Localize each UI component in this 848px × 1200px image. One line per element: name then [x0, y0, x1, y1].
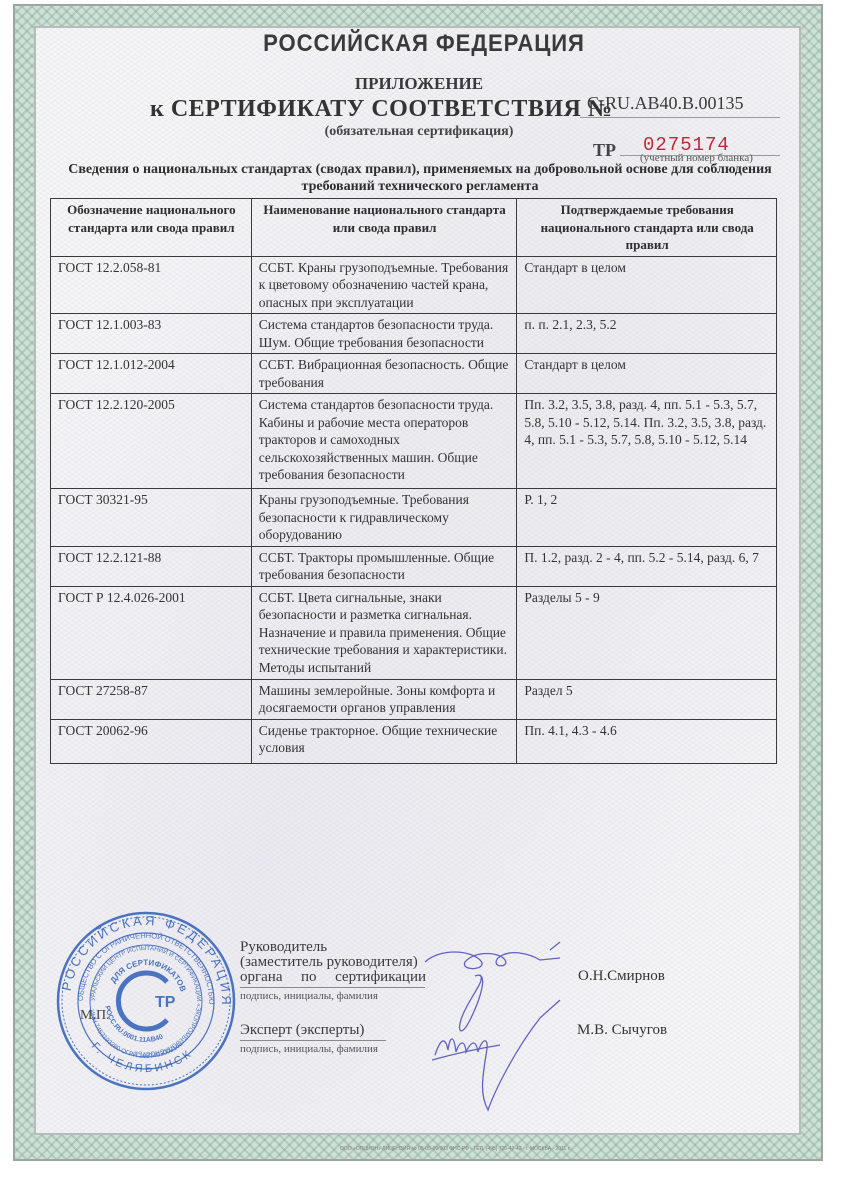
tp-label: ТР — [593, 140, 616, 161]
standard-designation: ГОСТ 30321-95 — [51, 489, 252, 547]
confirmed-requirements: Стандарт в целом — [517, 354, 777, 394]
standard-designation: ГОСТ 20062-96 — [51, 719, 252, 763]
confirmed-requirements: Пп. 3.2, 3.5, 3.8, разд. 4, пп. 5.1 - 5.… — [517, 394, 777, 489]
confirmed-requirements: Стандарт в целом — [517, 256, 777, 314]
expert-signature-line — [240, 1040, 386, 1041]
standard-name: ССБТ. Вибрационная безопасность. Общие т… — [251, 354, 517, 394]
confirmed-requirements: П. 1.2, разд. 2 - 4, пп. 5.2 - 5.14, раз… — [517, 546, 777, 586]
standard-designation: ГОСТ 27258-87 — [51, 679, 252, 719]
table-row: ГОСТ Р 12.4.026-2001ССБТ. Цвета сигнальн… — [51, 586, 777, 679]
table-row: ГОСТ 27258-87Машины землеройные. Зоны ко… — [51, 679, 777, 719]
standard-designation: ГОСТ 12.2.058-81 — [51, 256, 252, 314]
column-header-requirements: Подтверждаемые требования национального … — [517, 199, 777, 257]
standard-designation: ГОСТ 12.2.121-88 — [51, 546, 252, 586]
table-row: ГОСТ 12.1.012-2004ССБТ. Вибрационная без… — [51, 354, 777, 394]
head-title-line3: органа по сертификации — [240, 970, 426, 985]
head-title-line1: Руководитель — [240, 939, 327, 955]
confirmed-requirements: Пп. 4.1, 4.3 - 4.6 — [517, 719, 777, 763]
standards-table: Обозначение национального стандарта или … — [50, 198, 777, 764]
standard-designation: ГОСТ 12.1.003-83 — [51, 314, 252, 354]
head-title-line2: (заместитель руководителя) — [240, 954, 418, 970]
table-row: ГОСТ 20062-96Сиденье тракторное. Общие т… — [51, 719, 777, 763]
standard-name: Система стандартов безопасности труда. К… — [251, 394, 517, 489]
certificate-number: C-RU.AB40.B.00135 — [587, 93, 744, 114]
section-title: Сведения о национальных стандартах (свод… — [60, 161, 780, 195]
appendix-title: ПРИЛОЖЕНИЕ — [0, 74, 838, 94]
table-row: ГОСТ 12.2.120-2005Система стандартов без… — [51, 394, 777, 489]
confirmed-requirements: Разделы 5 - 9 — [517, 586, 777, 679]
standard-name: ССБТ. Краны грузоподъемные. Требования к… — [251, 256, 517, 314]
certificate-number-underline — [580, 117, 780, 118]
table-row: ГОСТ 30321-95Краны грузоподъемные. Требо… — [51, 489, 777, 547]
head-signature-line — [240, 987, 425, 988]
standard-designation: ГОСТ 12.1.012-2004 — [51, 354, 252, 394]
signature-scribble — [420, 940, 600, 1120]
head-signature-caption: подпись, инициалы, фамилия — [240, 990, 378, 1002]
standard-name: ССБТ. Цвета сигнальные, знаки безопаснос… — [251, 586, 517, 679]
standard-name: Система стандартов безопасности труда. Ш… — [251, 314, 517, 354]
certification-stamp: РОССИЙСКАЯ ФЕДЕРАЦИЯ ОБЩЕСТВО С ОГРАНИЧЕ… — [55, 910, 237, 1092]
svg-text:ТР: ТР — [155, 994, 176, 1011]
table-header-row: Обозначение национального стандарта или … — [51, 199, 777, 257]
table-row: ГОСТ 12.2.121-88ССБТ. Тракторы промышлен… — [51, 546, 777, 586]
confirmed-requirements: Раздел 5 — [517, 679, 777, 719]
table-row: ГОСТ 12.2.058-81ССБТ. Краны грузоподъемн… — [51, 256, 777, 314]
standard-name: Машины землеройные. Зоны комфорта и дося… — [251, 679, 517, 719]
expert-label: Эксперт (эксперты) — [240, 1022, 364, 1039]
country-title: РОССИЙСКАЯ ФЕДЕРАЦИЯ — [34, 30, 814, 58]
confirmed-requirements: Р. 1, 2 — [517, 489, 777, 547]
standard-designation: ГОСТ Р 12.4.026-2001 — [51, 586, 252, 679]
expert-signature-caption: подпись, инициалы, фамилия — [240, 1043, 378, 1055]
standard-designation: ГОСТ 12.2.120-2005 — [51, 394, 252, 489]
head-signature-block: Руководитель (заместитель руководителя) … — [240, 940, 426, 985]
stamp-place-label: М.П. — [80, 1008, 110, 1024]
standard-name: Краны грузоподъемные. Требования безопас… — [251, 489, 517, 547]
table-row: ГОСТ 12.1.003-83Система стандартов безоп… — [51, 314, 777, 354]
certificate-title: к СЕРТИФИКАТУ СООТВЕТСТВИЯ № — [150, 96, 613, 123]
printer-microtext: ООО «ОПЦИОН» ЛИЦЕНЗИЯ № 05-05-09/003 ФНС… — [340, 1146, 610, 1152]
column-header-name: Наименование национального стандарта или… — [251, 199, 517, 257]
confirmed-requirements: п. п. 2.1, 2.3, 5.2 — [517, 314, 777, 354]
standard-name: Сиденье тракторное. Общие технические ус… — [251, 719, 517, 763]
column-header-designation: Обозначение национального стандарта или … — [51, 199, 252, 257]
standard-name: ССБТ. Тракторы промышленные. Общие требо… — [251, 546, 517, 586]
